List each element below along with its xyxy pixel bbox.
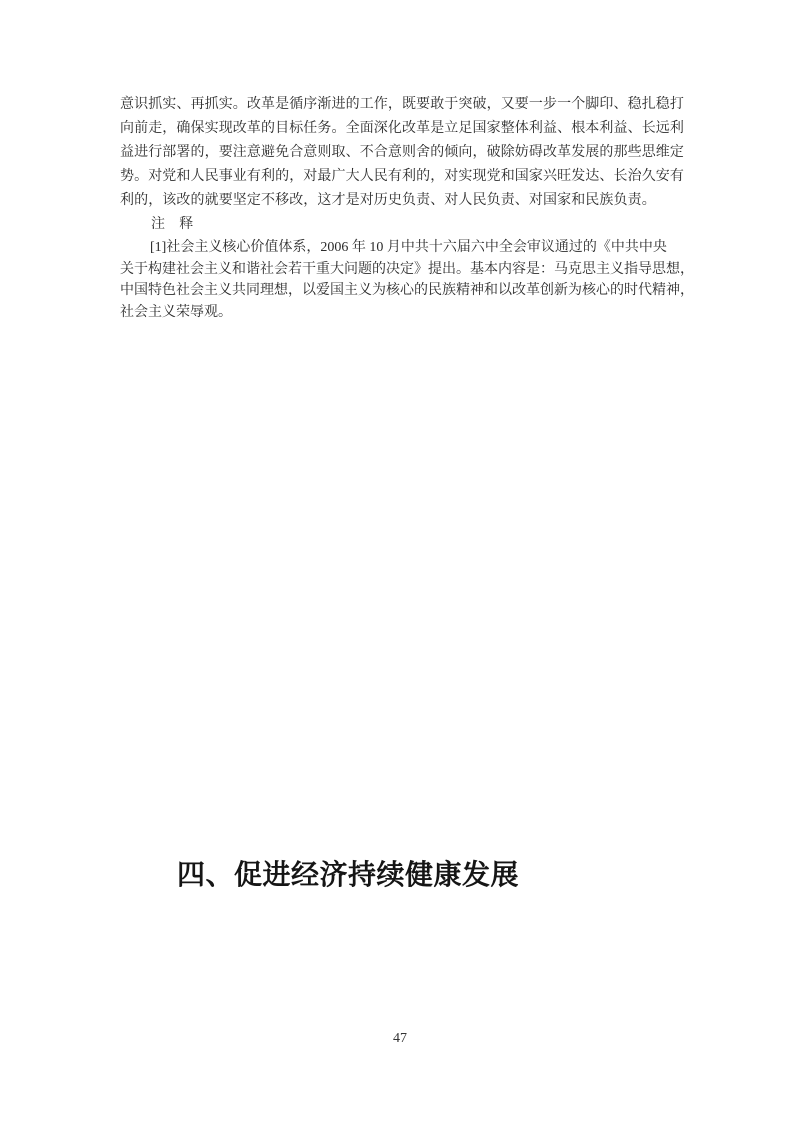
footnote-line: 中国特色社会主义共同理想，以爱国主义为核心的民族精神和以改革创新为核心的时代精神… (120, 280, 684, 302)
footnote-line: 社会主义荣辱观。 (120, 302, 684, 324)
paragraph-line: 向前走，确保实现改革的目标任务。全面深化改革是立足国家整体利益、根本利益、长远利 (120, 117, 684, 141)
section-heading: 四、促进经济持续健康发展 (177, 857, 519, 895)
body-text-block: 意识抓实、再抓实。改革是循序渐进的工作，既要敢于突破，又要一步一个脚印、稳扎稳打… (120, 93, 684, 323)
paragraph-line: 势。对党和人民事业有利的，对最广大人民有利的，对实现党和国家兴旺发达、长治久安有 (120, 165, 684, 189)
document-page: 意识抓实、再抓实。改革是循序渐进的工作，既要敢于突破，又要一步一个脚印、稳扎稳打… (0, 0, 800, 1131)
paragraph-line: 利的，该改的就要坚定不移改，这才是对历史负责、对人民负责、对国家和民族负责。 (120, 189, 684, 213)
page-number: 47 (0, 1029, 800, 1049)
notes-section-heading: 注 释 (120, 213, 684, 237)
paragraph-line: 意识抓实、再抓实。改革是循序渐进的工作，既要敢于突破，又要一步一个脚印、稳扎稳打 (120, 93, 684, 117)
footnote-line: [1]社会主义核心价值体系，2006 年 10 月中共十六届六中全会审议通过的《… (120, 237, 684, 259)
footnote-line: 关于构建社会主义和谐社会若干重大问题的决定》提出。基本内容是：马克思主义指导思想… (120, 259, 684, 281)
paragraph-line: 益进行部署的，要注意避免合意则取、不合意则舍的倾向，破除妨碍改革发展的那些思维定 (120, 141, 684, 165)
